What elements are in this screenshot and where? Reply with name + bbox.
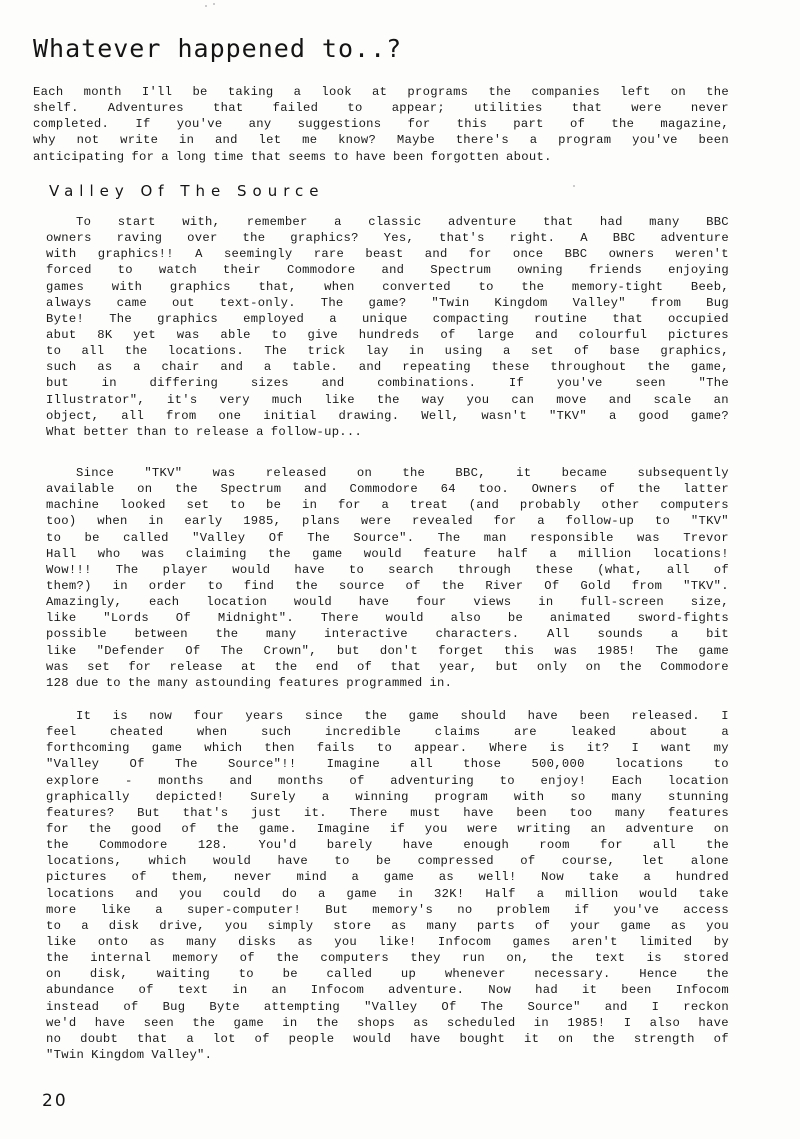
text-line: them?)inordertofindthesourceoftheRiverOf… [46, 578, 729, 594]
text-line: ownersravingoverthegraphics?Yes,that'sri… [46, 230, 729, 246]
text-line: likeontoasmanydisksasyoulike!Infocomgame… [46, 934, 729, 950]
text-line: forcedtowatchtheirCommodoreandSpectrumow… [46, 262, 729, 278]
text-line: toadiskdrive,yousimplystoreasmanypartsof… [46, 918, 729, 934]
text-line: possiblebetweenthemanyinteractivecharact… [46, 626, 729, 642]
text-line: locations,whichwouldhavetobecompressedof… [46, 853, 729, 869]
text-line: Since"TKV"wasreleasedontheBBC,itbecamesu… [46, 465, 729, 481]
text-line: object,allfromoneinitialdrawing.Well,was… [46, 408, 729, 424]
text-line: Wow!!!Theplayerwouldhavetosearchthrought… [46, 562, 729, 578]
text-line: nodoubtthatalotofpeoplewouldhaveboughtit… [46, 1031, 729, 1047]
text-line: Hallwhowasclaimingthegamewouldfeaturehal… [46, 546, 729, 562]
text-line: toallthelocations.Thetricklayinusingaset… [46, 343, 729, 359]
text-line: "TwinKingdomValley". [46, 1047, 729, 1063]
text-line: insteadofBugByteattempting"ValleyOfTheSo… [46, 999, 729, 1015]
article-title: Whatever happened to..? [33, 34, 402, 63]
text-line: we'dhaveseenthegameintheshopsasscheduled… [46, 1015, 729, 1031]
text-line: completed.Ifyou'veanysuggestionsforthisp… [33, 116, 729, 132]
text-line: Itisnowfouryearssincethegameshouldhavebe… [46, 708, 729, 724]
intro-paragraph: EachmonthI'llbetakingalookatprogramsthec… [33, 84, 729, 165]
scan-speck [205, 5, 207, 7]
text-line: availableontheSpectrumandCommodore64too.… [46, 481, 729, 497]
text-line: feelcheatedwhensuchincredibleclaimsarele… [46, 724, 729, 740]
text-line: theCommodore128.You'dbarelyhaveenoughroo… [46, 837, 729, 853]
text-line: explore-monthsandmonthsofadventuringtoen… [46, 773, 729, 789]
text-line: withgraphics!!Aseeminglyrarebeastandforo… [46, 246, 729, 262]
text-line: picturesofthem,nevermindagameaswell!Nowt… [46, 869, 729, 885]
text-line: features?Butthat'sjustit.Theremusthavebe… [46, 805, 729, 821]
body-paragraph: Itisnowfouryearssincethegameshouldhavebe… [46, 708, 729, 1063]
scan-speck [213, 3, 215, 5]
text-line: wassetforreleaseattheendofthatyear,buton… [46, 659, 729, 675]
text-line: alwayscameouttext-only.Thegame?"TwinKing… [46, 295, 729, 311]
text-line: Whatbetterthantoreleaseafollow-up... [46, 424, 729, 440]
section-heading: Valley Of The Source [49, 182, 325, 200]
text-line: forthcominggamewhichthenfailstoappear.Wh… [46, 740, 729, 756]
text-line: locationsandyoucoulddoagamein32K!Halfami… [46, 886, 729, 902]
text-line: too)wheninearly1985,planswererevealedfor… [46, 513, 729, 529]
text-line: whynotwriteinandletmeknow?Maybethere'sap… [33, 132, 729, 148]
text-line: EachmonthI'llbetakingalookatprogramsthec… [33, 84, 729, 100]
text-line: morelikeasuper-computer!Butmemory'snopro… [46, 902, 729, 918]
page-number: 20 [42, 1091, 68, 1111]
text-line: shelf.Adventuresthatfailedtoappear;utili… [33, 100, 729, 116]
text-line: gameswithgraphicsthat,whenconvertedtothe… [46, 279, 729, 295]
text-line: ondisk,waitingtobecalledupwhenevernecess… [46, 966, 729, 982]
text-line: Tostartwith,rememberaclassicadventuretha… [46, 214, 729, 230]
scan-speck [573, 185, 575, 187]
text-line: machinelookedsettobeinforatreat(andproba… [46, 497, 729, 513]
text-line: like"DefenderOfTheCrown",butdon'tforgett… [46, 643, 729, 659]
text-line: Amazingly,eachlocationwouldhavefourviews… [46, 594, 729, 610]
body-paragraph: Tostartwith,rememberaclassicadventuretha… [46, 214, 729, 440]
text-line: Byte!Thegraphicsemployedauniquecompactin… [46, 311, 729, 327]
text-line: 128duetothemanyastoundingfeaturesprogram… [46, 675, 729, 691]
text-line: anticipatingforalongtimethatseemstohaveb… [33, 149, 729, 165]
text-line: butindifferingsizesandcombinations.Ifyou… [46, 375, 729, 391]
magazine-page: Whatever happened to..? EachmonthI'llbet… [0, 0, 800, 1139]
text-line: theinternalmemoryofthecomputerstheyrunon… [46, 950, 729, 966]
text-line: abundanceoftextinanInfocomadventure.Nowh… [46, 982, 729, 998]
text-line: like"LordsOfMidnight".Therewouldalsobean… [46, 610, 729, 626]
text-line: suchasachairandatable.andrepeatingtheset… [46, 359, 729, 375]
text-line: "ValleyOfTheSource"!!Imagineallthose500,… [46, 756, 729, 772]
text-line: Illustrator",it'sverymuchlikethewayyouca… [46, 392, 729, 408]
body-paragraph: Since"TKV"wasreleasedontheBBC,itbecamesu… [46, 465, 729, 691]
text-line: tobecalled"ValleyOfTheSource".Themanresp… [46, 530, 729, 546]
text-line: graphicallydepicted!Surelyawinningprogra… [46, 789, 729, 805]
text-line: forthegoodofthegame.Imagineifyouwerewrit… [46, 821, 729, 837]
text-line: abut8Kyetwasabletogivehundredsoflargeand… [46, 327, 729, 343]
